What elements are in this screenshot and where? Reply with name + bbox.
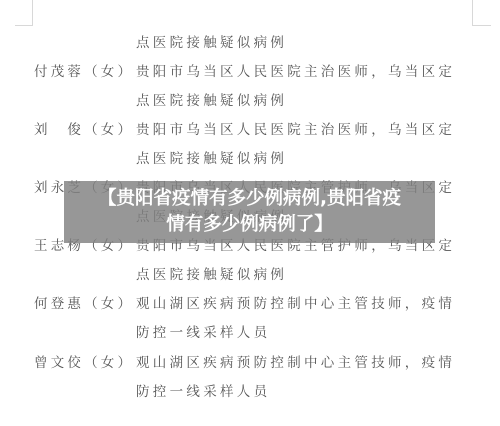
row-continuation: 防控一线采样人员	[136, 378, 270, 407]
overlay-title-line-1: 【贵阳省疫情有多少例病例,贵阳省疫	[64, 186, 435, 212]
person-title: 贵阳市乌当区人民医院主治医师，乌当区定	[136, 58, 455, 87]
title-overlay-banner: 【贵阳省疫情有多少例病例,贵阳省疫 情有多少例病例了】	[64, 181, 435, 243]
row-continuation: 点医院接触疑似病例	[136, 145, 287, 174]
page-corner-mark-top-right	[472, 0, 491, 26]
overlay-title-line-2: 情有多少例病例了】	[64, 212, 435, 238]
person-name: 曾文佼（女）	[34, 349, 134, 378]
person-title: 观山湖区疾病预防控制中心主管技师，疫情	[136, 290, 455, 319]
row-continuation: 点医院接触疑似病例	[136, 261, 287, 290]
person-name: 何登惠（女）	[34, 290, 134, 319]
row-continuation: 点医院接触疑似病例	[136, 29, 287, 58]
person-title: 贵阳市乌当区人民医院主治医师，乌当区定	[136, 116, 455, 145]
page-corner-mark-top-left	[15, 0, 33, 26]
row-continuation: 防控一线采样人员	[136, 319, 270, 348]
person-title: 观山湖区疾病预防控制中心主管技师，疫情	[136, 349, 455, 378]
person-name: 刘 俊（女）	[34, 116, 134, 145]
row-continuation: 点医院接触疑似病例	[136, 87, 287, 116]
person-name: 付茂蓉（女）	[34, 58, 134, 87]
